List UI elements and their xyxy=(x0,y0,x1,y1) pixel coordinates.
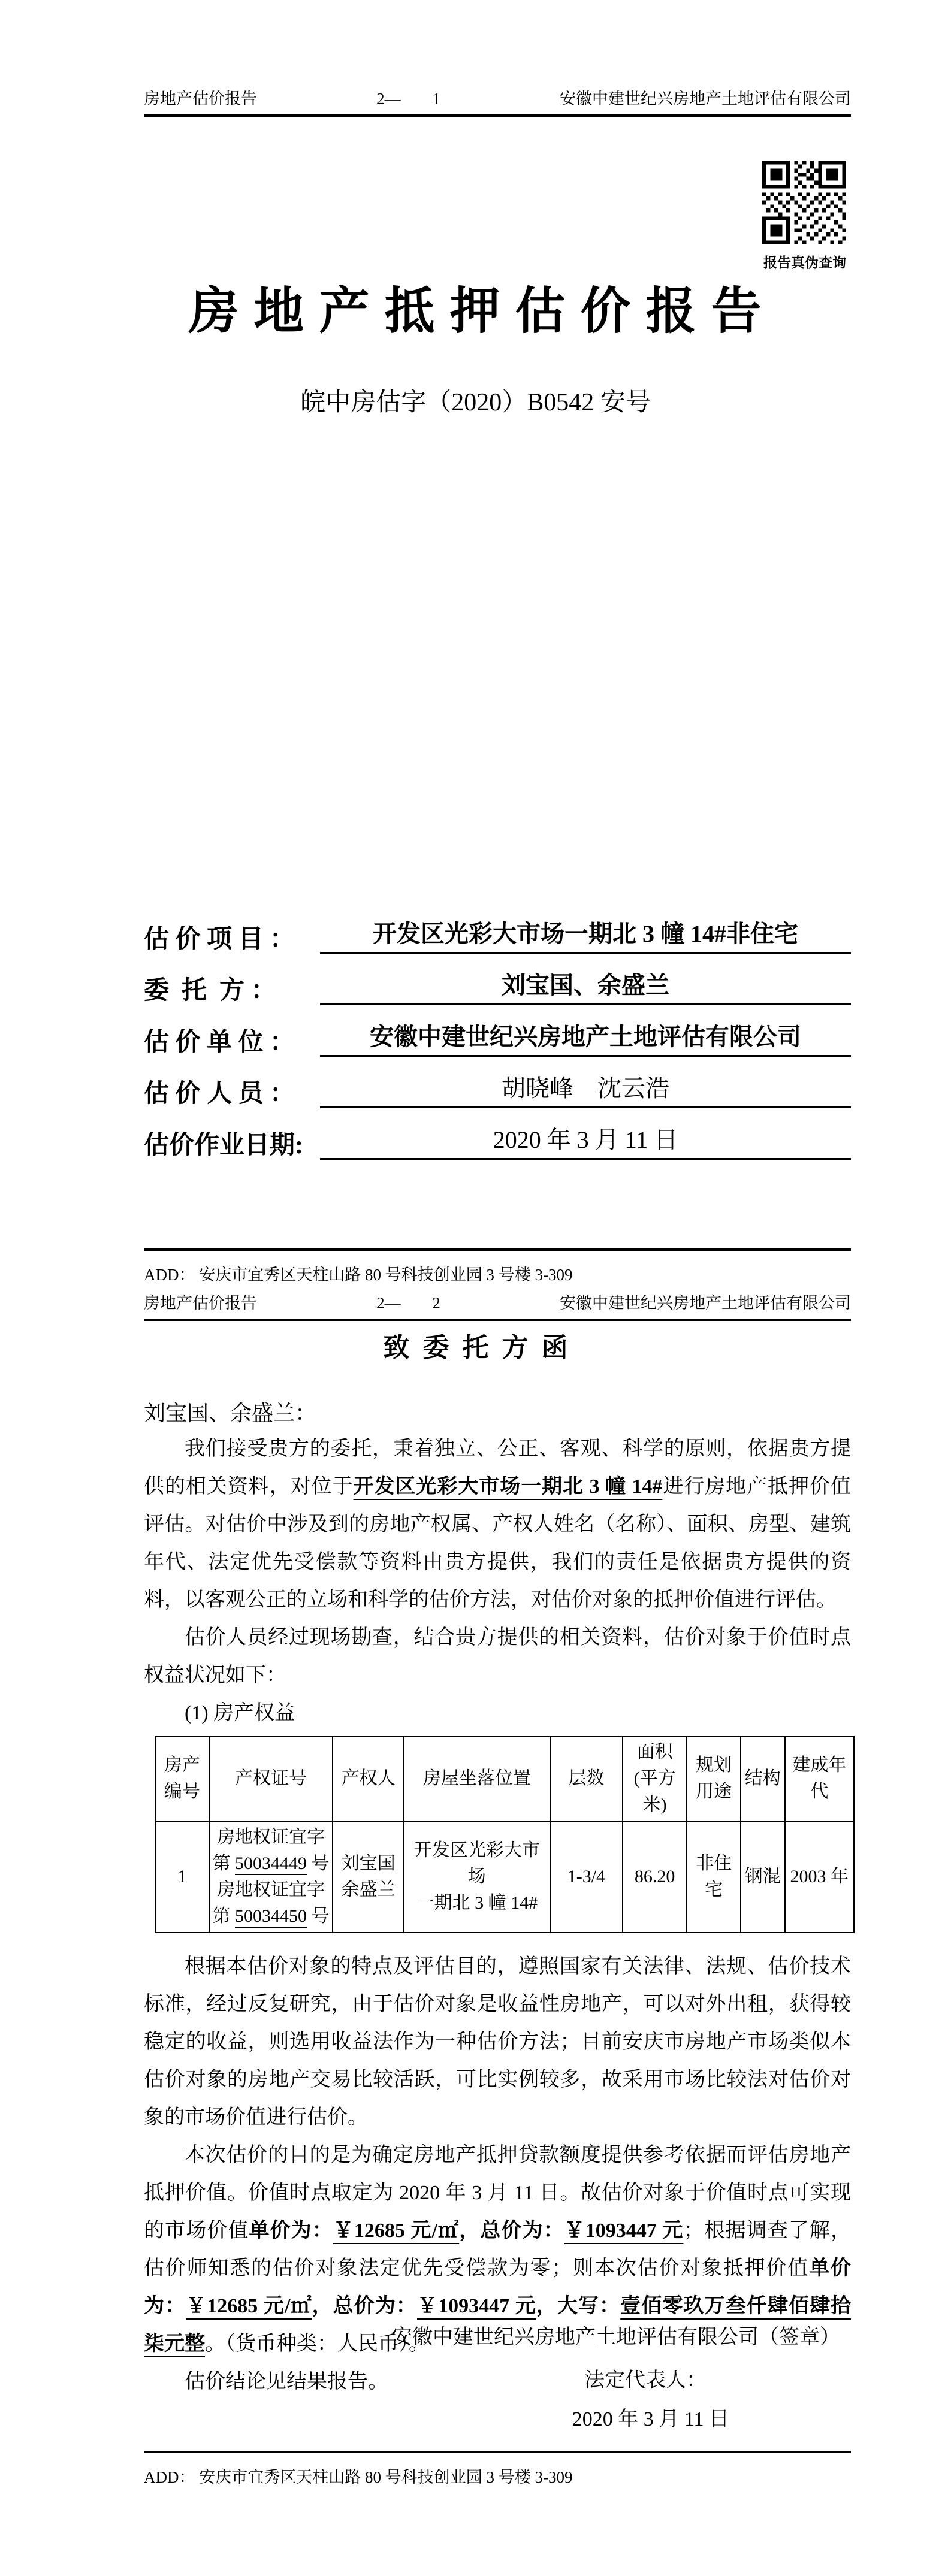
unit-price-value: ￥12685 元/㎡ xyxy=(333,2220,459,2242)
col-header-area: 面积(平方米) xyxy=(623,1736,687,1821)
form-label-date: 估价作业日期: xyxy=(144,1131,320,1160)
col-header-year-built: 建成年代 xyxy=(785,1736,854,1821)
footer-address: ADD： 安庆市宜秀区天柱山路 80 号科技创业园 3 号楼 3-309 xyxy=(144,1262,573,1285)
unit-price-label: 单价为： xyxy=(249,2220,333,2242)
cert-line: 房地权证宜字 xyxy=(212,1824,330,1851)
running-header: 房地产估价报告 2— 1 安徽中建世纪兴房地产土地评估有限公司 xyxy=(144,90,851,117)
qr-verification-block: 报告真伪查询 xyxy=(762,161,847,271)
running-header-company: 安徽中建世纪兴房地产土地评估有限公司 xyxy=(560,90,851,108)
cert-number: 50034449 xyxy=(235,1854,307,1873)
cover-form: 估 价 项 目 ： 开发区光彩大市场一期北 3 幢 14#非住宅 委 托 方 ：… xyxy=(144,921,851,1179)
cell-area: 86.20 xyxy=(623,1821,687,1933)
signature-company: 安徽中建世纪兴房地产土地评估有限公司（签章） xyxy=(392,2320,840,2350)
letter-body: 我们接受贵方的委托，秉着独立、公正、客观、科学的原则，依据贵方提供的相关资料，对… xyxy=(144,1430,851,2400)
report-number: 皖中房估字（2020）B0542 安号 xyxy=(0,382,951,418)
report-cover-page: 房地产估价报告 2— 1 安徽中建世纪兴房地产土地评估有限公司 报告真伪查询 房… xyxy=(0,0,951,1291)
cell-planned-use: 非住宅 xyxy=(687,1821,741,1933)
letter-title: 致 委 托 方 函 xyxy=(0,1326,951,1364)
cert-text: 房地权证宜字 xyxy=(217,1827,325,1847)
form-value-project: 开发区光彩大市场一期北 3 幢 14#非住宅 xyxy=(320,920,851,954)
form-value-date: 2020 年 3 月 11 日 xyxy=(320,1126,851,1160)
form-value-client: 刘宝国、余盛兰 xyxy=(320,972,851,1005)
cert-text: 号 xyxy=(307,1854,330,1873)
location-text: 开发区光彩大市场 xyxy=(407,1837,547,1890)
letter-page: 房地产估价报告 2— 2 安徽中建世纪兴房地产土地评估有限公司 致 委 托 方 … xyxy=(0,1291,951,2576)
property-table: 房产编号 产权证号 产权人 房屋坐落位置 层数 面积(平方米) 规划用途 结构 … xyxy=(155,1736,855,1933)
form-row-client: 委 托 方 ： 刘宝国、余盛兰 xyxy=(144,973,851,1005)
running-header-doc-type: 房地产估价报告 xyxy=(144,90,257,108)
footer-rule xyxy=(144,2451,851,2453)
paragraph-methodology: 根据本估价对象的特点及评估目的，遵照国家有关法律、法规、估价技术标准，经过反复研… xyxy=(144,1948,851,2136)
table-row: 1 房地权证宜字 第 50034449 号 房地权证宜字 第 50034450 … xyxy=(155,1821,854,1933)
col-header-owner: 产权人 xyxy=(333,1736,404,1821)
cert-text: 第 xyxy=(212,1906,235,1926)
mortgage-total-price-value: ￥1093447 元 xyxy=(417,2295,536,2317)
cell-floors: 1-3/4 xyxy=(550,1821,623,1933)
form-value-appraisers: 胡晓峰 沈云浩 xyxy=(320,1075,851,1108)
running-header: 房地产估价报告 2— 2 安徽中建世纪兴房地产土地评估有限公司 xyxy=(144,1294,851,1321)
paragraph-engagement: 我们接受贵方的委托，秉着独立、公正、客观、科学的原则，依据贵方提供的相关资料，对… xyxy=(144,1430,851,1619)
col-header-cert-no: 产权证号 xyxy=(209,1736,333,1821)
page-number-total: 2— xyxy=(376,90,401,108)
signature-date: 2020 年 3 月 11 日 xyxy=(572,2402,729,2432)
total-price-value: ￥1093447 元 xyxy=(564,2220,684,2242)
amount-in-words-label: ，大写： xyxy=(536,2295,620,2317)
footer-address: ADD： 安庆市宜秀区天柱山路 80 号科技创业园 3 号楼 3-309 xyxy=(144,2464,573,2487)
property-name-underlined: 开发区光彩大市场一期北 3 幢 14# xyxy=(354,1476,663,1498)
paragraph-conclusion-ref: 估价结论见结果报告。 xyxy=(144,2363,851,2400)
page-number: 2— 1 xyxy=(376,90,440,108)
paragraph-inspection: 估价人员经过现场勘查，结合贵方提供的相关资料，估价对象于价值时点权益状况如下： xyxy=(144,1619,851,1694)
running-header-company: 安徽中建世纪兴房地产土地评估有限公司 xyxy=(560,1294,851,1312)
running-header-doc-type: 房地产估价报告 xyxy=(144,1294,257,1312)
col-header-location: 房屋坐落位置 xyxy=(404,1736,550,1821)
legal-representative-label: 法定代表人： xyxy=(584,2363,707,2393)
form-row-appraisers: 估 价 人 员 ： 胡晓峰 沈云浩 xyxy=(144,1076,851,1108)
form-label-agency: 估 价 单 位 ： xyxy=(144,1028,320,1057)
cert-line: 房地权证宜字 xyxy=(212,1877,330,1903)
owner-name: 刘宝国 xyxy=(336,1851,401,1877)
section-label-property-rights: (1) 房产权益 xyxy=(144,1694,851,1732)
mortgage-unit-price-value: ￥12685 元/㎡ xyxy=(186,2295,312,2317)
col-header-property-no: 房产编号 xyxy=(155,1736,209,1821)
cell-owner: 刘宝国 余盛兰 xyxy=(333,1821,404,1933)
page-number-total: 2— xyxy=(376,1294,401,1312)
col-header-floors: 层数 xyxy=(550,1736,623,1821)
cert-number: 50034450 xyxy=(235,1906,307,1926)
cell-location: 开发区光彩大市场 一期北 3 幢 14# xyxy=(404,1821,550,1933)
form-row-agency: 估 价 单 位 ： 安徽中建世纪兴房地产土地评估有限公司 xyxy=(144,1024,851,1057)
cell-cert-no: 房地权证宜字 第 50034449 号 房地权证宜字 第 50034450 号 xyxy=(209,1821,333,1933)
page-number-current: 2 xyxy=(432,1294,440,1312)
form-label-project: 估 价 项 目 ： xyxy=(144,925,320,954)
cell-property-no: 1 xyxy=(155,1821,209,1933)
col-header-structure: 结构 xyxy=(741,1736,784,1821)
location-text: 一期北 3 幢 14# xyxy=(407,1890,547,1916)
salutation: 刘宝国、余盛兰： xyxy=(144,1396,316,1427)
footer-rule xyxy=(144,1248,851,1251)
qr-code-image xyxy=(762,161,846,244)
owner-name: 余盛兰 xyxy=(336,1877,401,1903)
mortgage-total-price-label: ，总价为： xyxy=(312,2295,417,2317)
qr-caption: 报告真伪查询 xyxy=(762,252,847,271)
cert-line: 第 50034450 号 xyxy=(212,1903,330,1930)
cert-text: 号 xyxy=(307,1906,330,1926)
cert-text: 房地权证宜字 xyxy=(217,1880,325,1900)
cert-text: 第 xyxy=(212,1854,235,1873)
page-number-current: 1 xyxy=(432,90,440,108)
col-header-planned-use: 规划用途 xyxy=(687,1736,741,1821)
cell-year-built: 2003 年 xyxy=(785,1821,854,1933)
total-price-label: ，总价为： xyxy=(459,2220,564,2242)
form-row-date: 估价作业日期: 2020 年 3 月 11 日 xyxy=(144,1127,851,1160)
cert-line: 第 50034449 号 xyxy=(212,1851,330,1877)
report-title: 房 地 产 抵 押 估 价 报 告 xyxy=(0,271,951,343)
page-number: 2— 2 xyxy=(376,1294,440,1312)
form-label-client: 委 托 方 ： xyxy=(144,976,320,1005)
form-row-project: 估 价 项 目 ： 开发区光彩大市场一期北 3 幢 14#非住宅 xyxy=(144,921,851,954)
table-header-row: 房产编号 产权证号 产权人 房屋坐落位置 层数 面积(平方米) 规划用途 结构 … xyxy=(155,1736,854,1821)
cell-structure: 钢混 xyxy=(741,1821,784,1933)
form-label-appraisers: 估 价 人 员 ： xyxy=(144,1080,320,1108)
form-value-agency: 安徽中建世纪兴房地产土地评估有限公司 xyxy=(320,1023,851,1057)
